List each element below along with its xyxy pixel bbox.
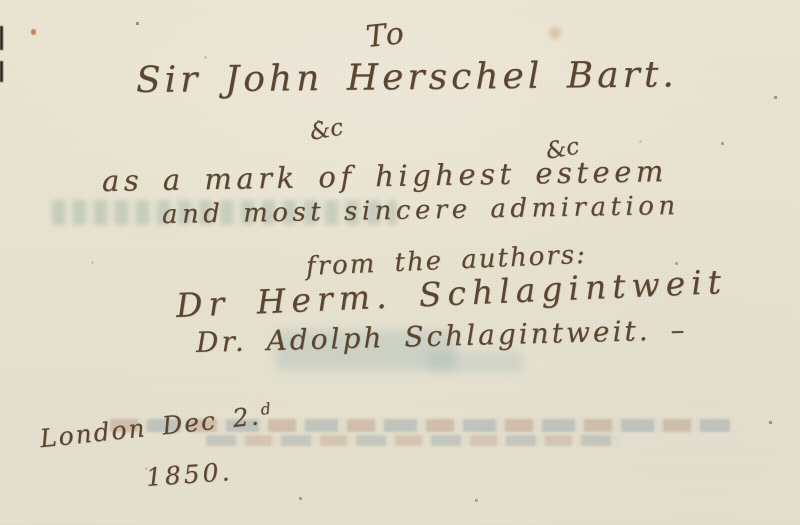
paper-stain (546, 24, 564, 42)
inscription-year: 1850. (145, 457, 233, 492)
inscription-recipient: Sir John Herschel Bart. (136, 54, 678, 101)
inscription-dedication-line-1: as a mark of highest esteem (102, 154, 668, 198)
paper-specks (0, 0, 1, 1)
foxing-spot (31, 29, 36, 35)
place-date-text: London Dec 2. (39, 401, 262, 453)
inscription-salutation: To (364, 16, 407, 55)
book-page: To Sir John Herschel Bart. &c &c as a ma… (0, 0, 800, 525)
show-through-smudge (428, 352, 523, 372)
page-edge-mark (0, 61, 3, 82)
inscription-etcetera-left: &c (308, 114, 345, 145)
date-ordinal: d (260, 400, 274, 419)
inscription-place-date: London Dec 2.d (38, 400, 274, 454)
page-edge-mark (0, 26, 3, 50)
show-through-printed-line (206, 435, 620, 446)
inscription-dedication-line-2: and most sincere admiration (162, 191, 680, 230)
